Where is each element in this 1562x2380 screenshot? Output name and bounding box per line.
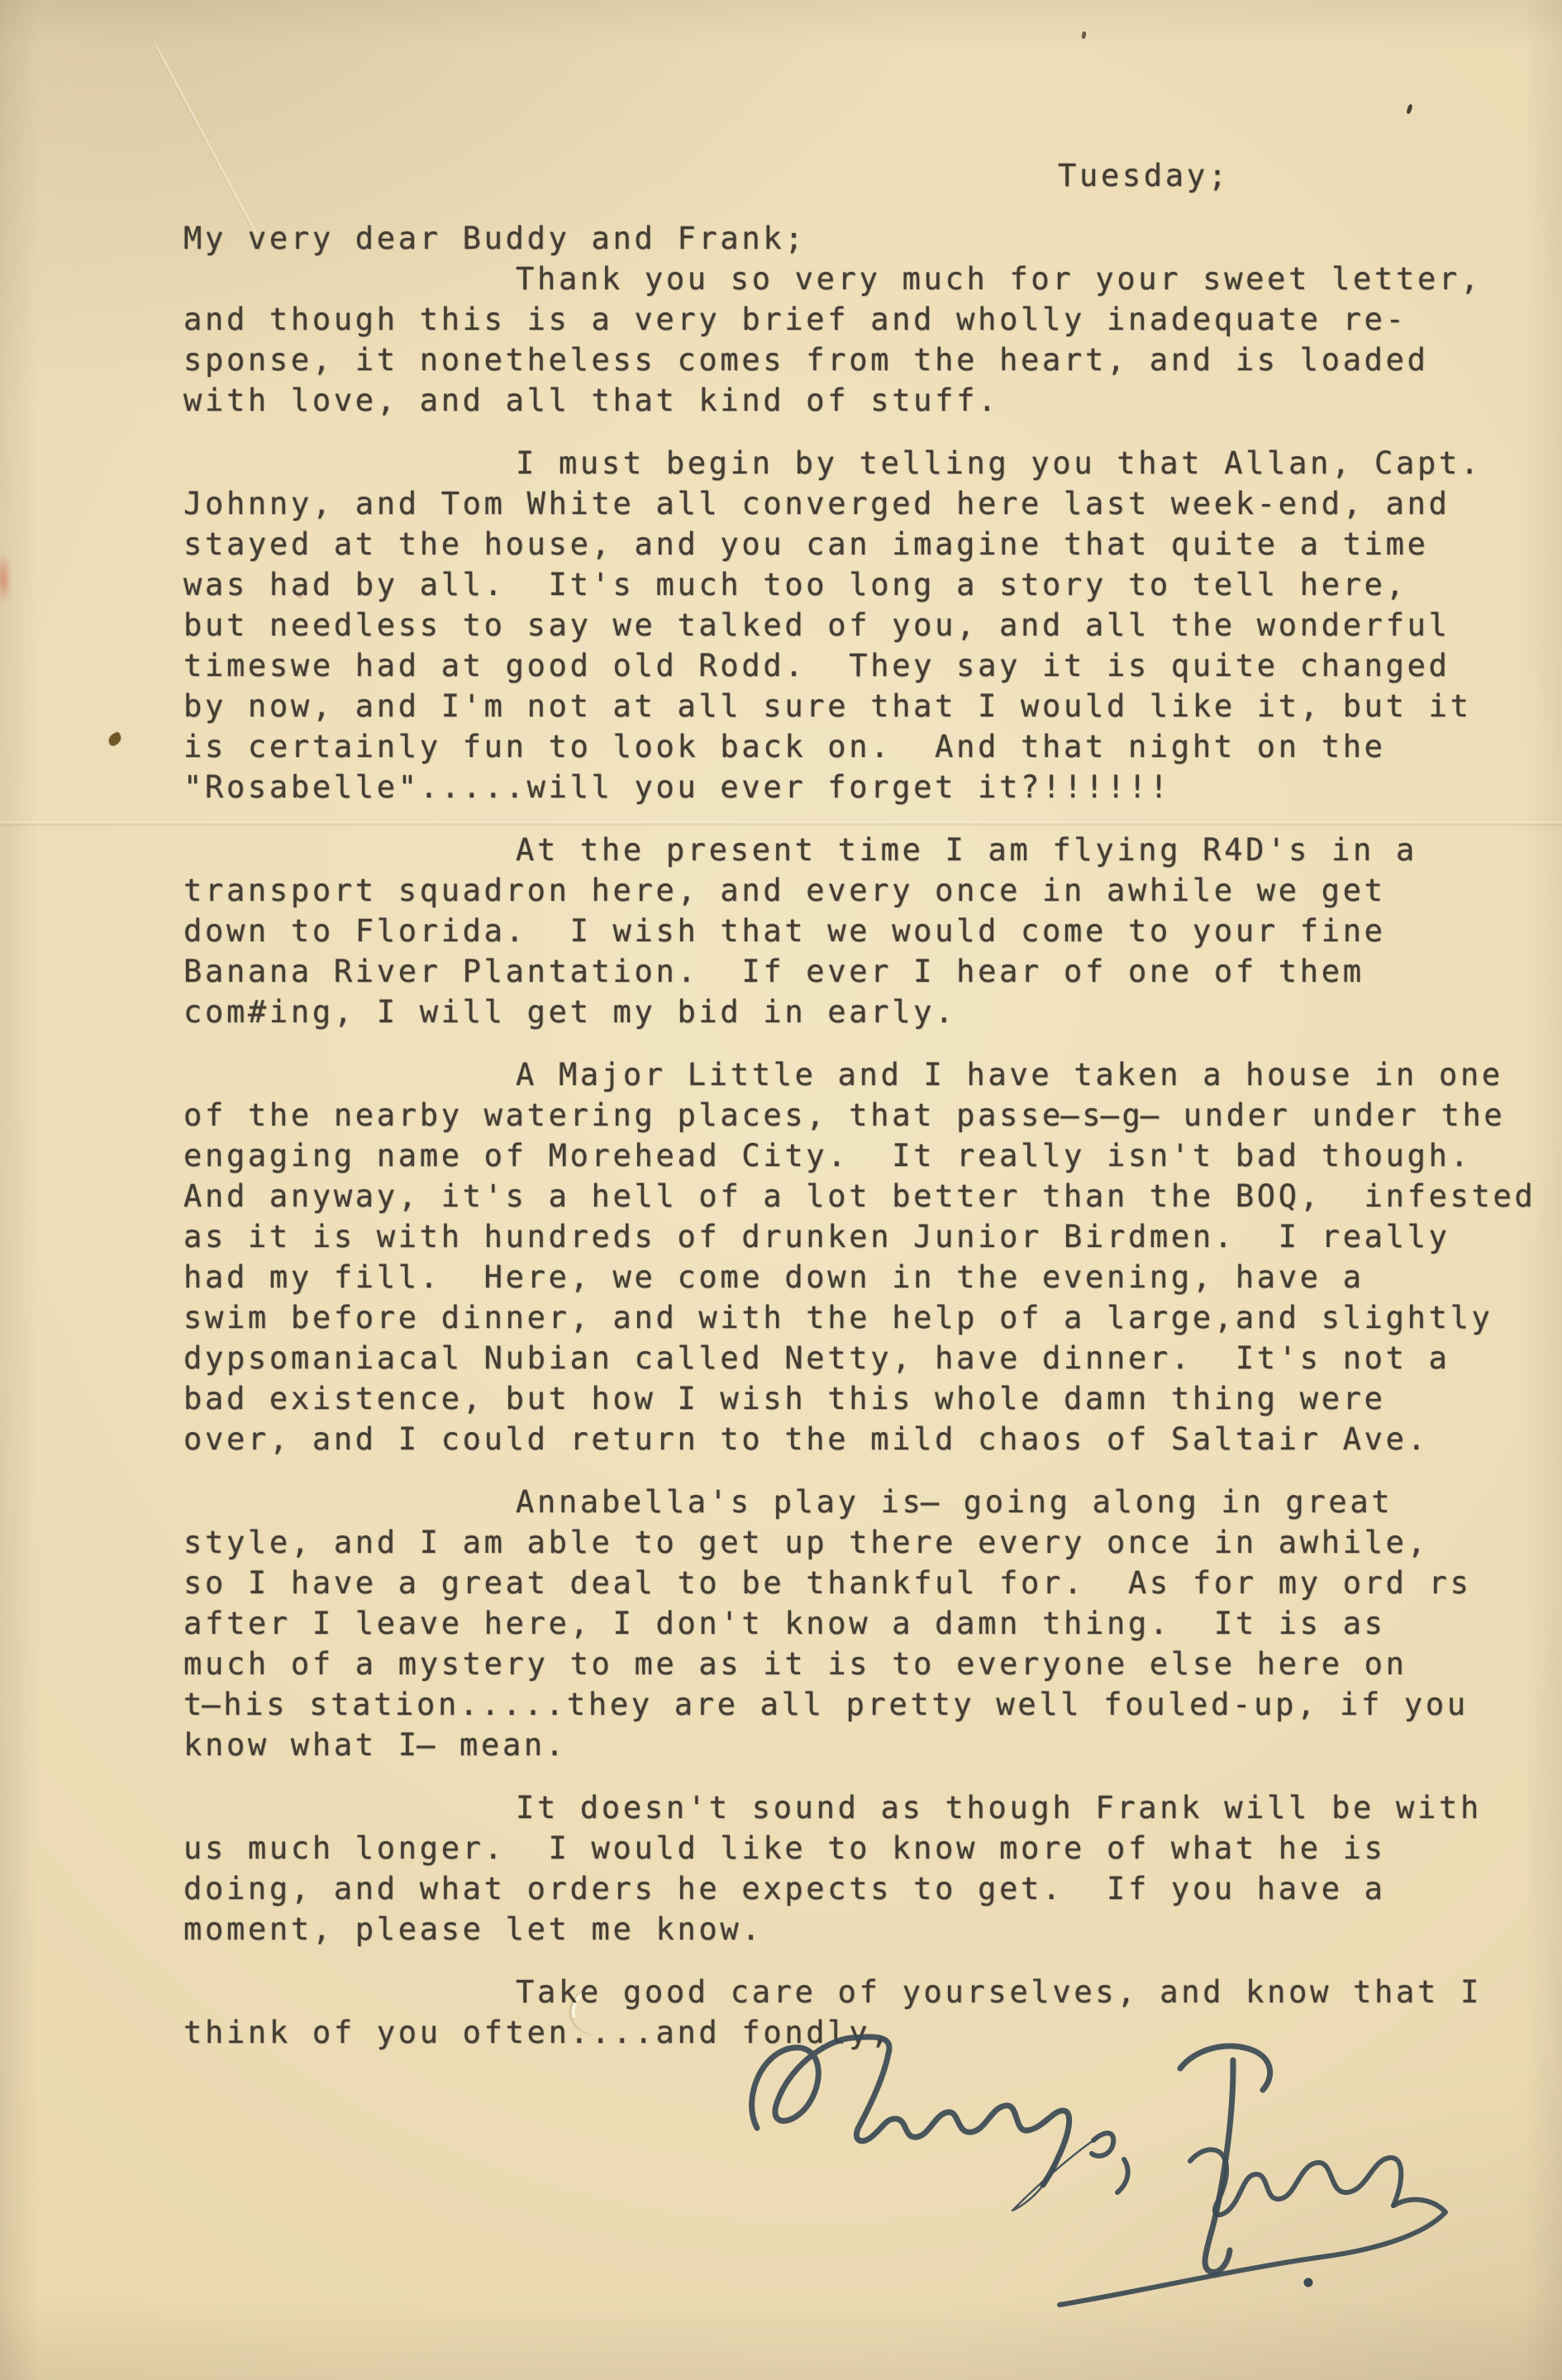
letter-line: It doesn't sound as though Frank will be… — [183, 1787, 1562, 1828]
letter-line: "Rosabelle".....will you ever forget it?… — [183, 767, 1562, 807]
letter-line: Take good care of yourselves, and know t… — [183, 1972, 1562, 2012]
signature-flourish-underline — [1060, 2200, 1445, 2305]
letter-line: Johnny, and Tom White all converged here… — [183, 483, 1562, 524]
letter-line: much of a mystery to me as it is to ever… — [183, 1644, 1562, 1684]
letter-line: t̶his station.....they are all pretty we… — [183, 1684, 1562, 1725]
letter-line: us much longer. I would like to know mor… — [183, 1828, 1562, 1868]
letter-line: Annabella's play is̶ going along in grea… — [183, 1482, 1562, 1522]
letter-line: is certainly fun to look back on. And th… — [183, 726, 1562, 767]
signature-comma — [1117, 2159, 1128, 2192]
signature-T-top — [1180, 2046, 1270, 2090]
letter-line: And anyway, it's a hell of a lot better … — [183, 1176, 1562, 1216]
letter-line: Thank you so very much for your sweet le… — [183, 259, 1562, 299]
signature-always-stroke — [752, 2037, 1069, 2185]
signature-hairline — [1012, 2137, 1098, 2211]
letter-line: but needless to say we talked of you, an… — [183, 605, 1562, 645]
letter-line: sponse, it nonetheless comes from the he… — [183, 340, 1562, 380]
letter-line: engaging name of Morehead City. It reall… — [183, 1135, 1562, 1176]
letter-line: Banana River Plantation. If ever I hear … — [183, 951, 1562, 992]
letter-line: moment, please let me know. — [183, 1909, 1562, 1949]
letter-line: of the nearby watering places, that pass… — [183, 1095, 1562, 1135]
signature-s-final — [1092, 2133, 1113, 2156]
letter-line: com#ing, I will get my bid in early. — [183, 992, 1562, 1032]
letter-line: bad existence, but how I wish this whole… — [183, 1378, 1562, 1419]
letter-line: down to Florida. I wish that we would co… — [183, 911, 1562, 951]
letter-line: so I have a great deal to be thankful fo… — [183, 1563, 1562, 1603]
letter-line: over, and I could return to the mild cha… — [183, 1419, 1562, 1459]
letter-line: and though this is a very brief and whol… — [183, 299, 1562, 340]
letter-line: swim before dinner, and with the help of… — [183, 1297, 1562, 1338]
letter-page: Tuesday;My very dear Buddy and Frank;Tha… — [0, 0, 1562, 2380]
letter-line: transport squadron here, and every once … — [183, 870, 1562, 911]
letter-line: My very dear Buddy and Frank; — [183, 218, 1562, 259]
letter-line: as it is with hundreds of drunken Junior… — [183, 1216, 1562, 1257]
letter-line: stayed at the house, and you can imagine… — [183, 524, 1562, 564]
signature-T-stem — [1205, 2060, 1233, 2272]
letter-body: Tuesday;My very dear Buddy and Frank;Tha… — [0, 0, 1562, 2053]
letter-line: I must begin by telling you that Allan, … — [183, 443, 1562, 483]
letter-line: after I leave here, I don't know a damn … — [183, 1603, 1562, 1644]
letter-line: was had by all. It's much too long a sto… — [183, 564, 1562, 605]
letter-line: had my fill. Here, we come down in the e… — [183, 1257, 1562, 1297]
signature-period-dot — [1304, 2278, 1313, 2287]
date-line: Tuesday; — [183, 155, 1562, 196]
handwritten-signature — [727, 2029, 1471, 2326]
letter-line: by now, and I'm not at all sure that I w… — [183, 686, 1562, 726]
letter-line: timeswe had at good old Rodd. They say i… — [183, 645, 1562, 686]
letter-line: doing, and what orders he expects to get… — [183, 1868, 1562, 1909]
letter-line: At the present time I am flying R4D's in… — [183, 830, 1562, 870]
letter-line: style, and I am able to get up there eve… — [183, 1522, 1562, 1563]
letter-line: A Major Little and I have taken a house … — [183, 1054, 1562, 1095]
letter-line: dypsomaniacal Nubian called Netty, have … — [183, 1338, 1562, 1378]
letter-line: with love, and all that kind of stuff. — [183, 380, 1562, 421]
letter-line: know what I̶ mean. — [183, 1725, 1562, 1765]
